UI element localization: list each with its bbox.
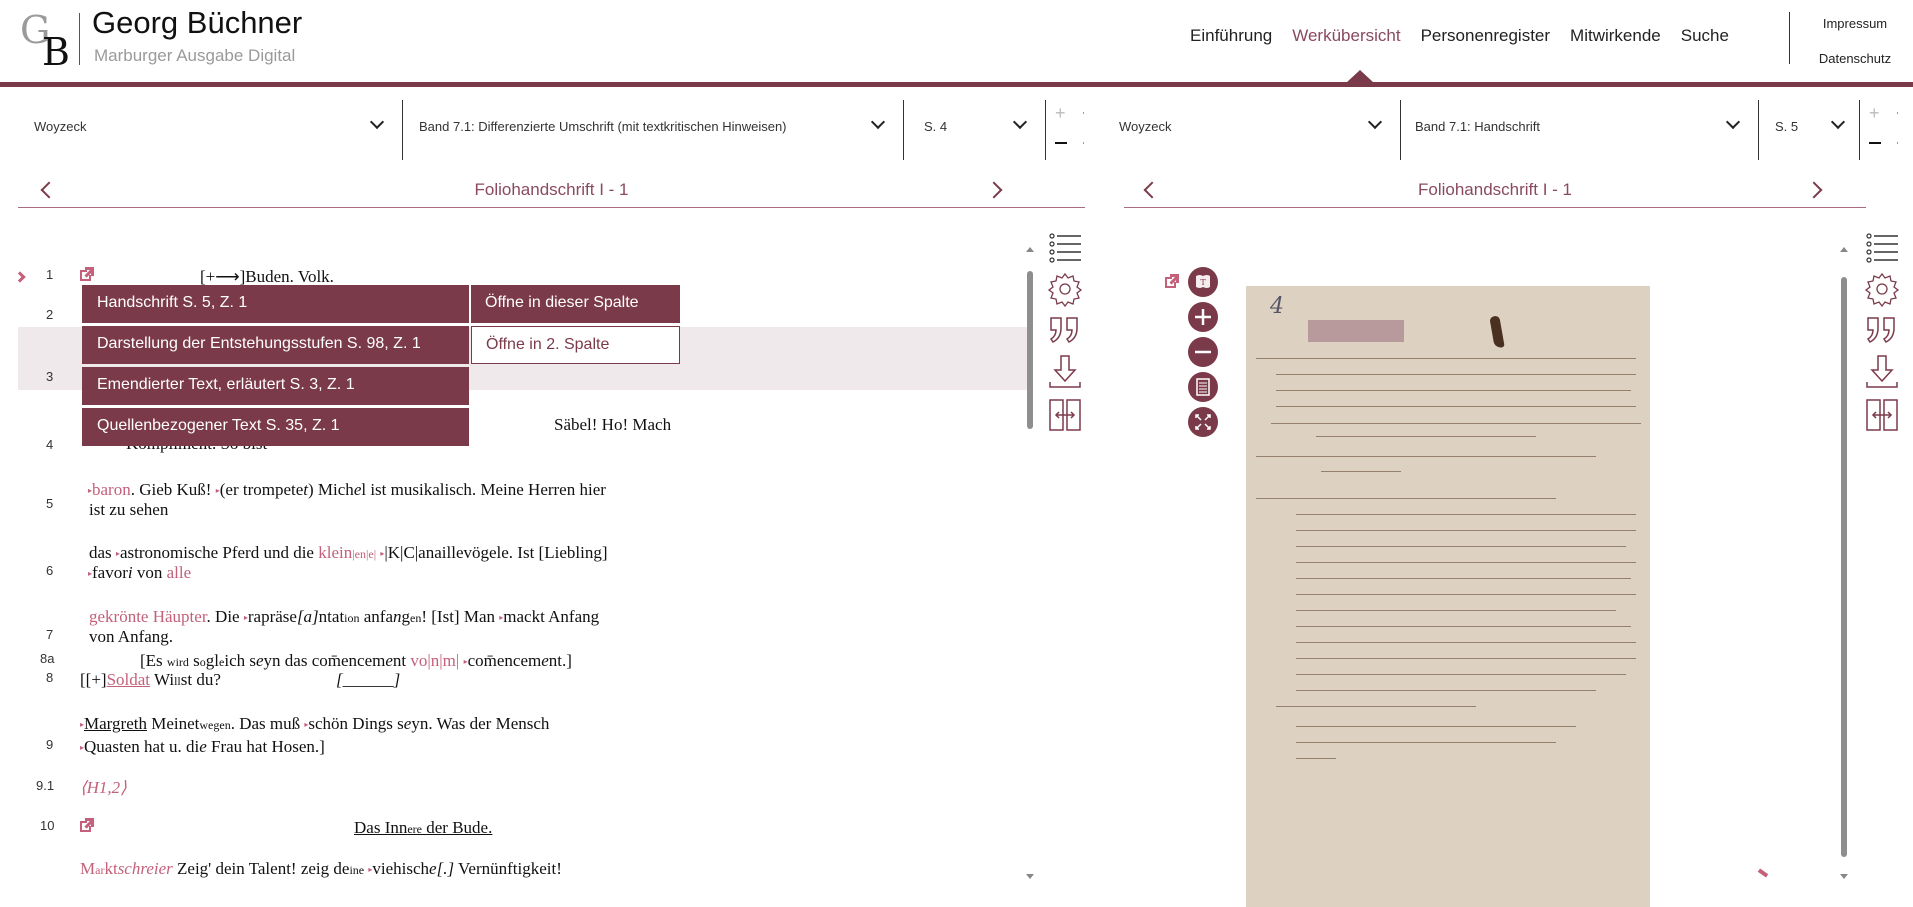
nav-datenschutz[interactable]: Datenschutz [1800,51,1910,86]
line-text: Säbel! Ho! Mach [554,415,671,435]
right-folio-title: Foliohandschrift I - 1 [1124,180,1866,200]
overview-map-button[interactable]: T [1188,267,1218,297]
divider [402,100,403,160]
settings-button[interactable] [1047,271,1083,307]
site-header: G B Georg Büchner Marburger Ausgabe Digi… [0,0,1913,83]
line-number: 10 [40,818,70,833]
open-in-second-column-button[interactable]: Öffne in 2. Spalte [471,326,680,364]
page-view-button[interactable] [1188,372,1218,402]
gear-icon [1864,271,1900,307]
line-text: ▸favori von alle [88,563,191,583]
folio-mark: 4 [1270,294,1284,319]
scroll-up-arrow[interactable] [1840,247,1848,252]
divider [903,100,904,160]
ink-blot [1489,315,1504,348]
line-number: 6 [46,563,76,578]
zoom-out-button[interactable] [1188,337,1218,367]
cite-button[interactable] [1864,313,1900,349]
logo[interactable]: G B [20,10,76,66]
menu-item-emendierter-text[interactable]: Emendierter Text, erläutert S. 3, Z. 1 [82,367,469,405]
menu-item-handschrift[interactable]: Handschrift S. 5, Z. 1 [82,285,469,323]
nav-werkuebersicht[interactable]: Werkübersicht [1292,26,1400,46]
left-work-select-value: Woyzeck [34,119,87,134]
chevron-down-icon [1368,115,1382,129]
left-work-select[interactable]: Woyzeck [20,87,390,164]
font-increase-button[interactable]: + [1055,103,1066,124]
menu-item-entstehungsstufen[interactable]: Darstellung der Entstehungsstufen S. 98,… [82,326,469,364]
fullscreen-icon [1188,407,1218,437]
quote-icon [1864,313,1900,349]
line-text: [______] [336,670,400,690]
fullscreen-button[interactable] [1188,407,1218,437]
chevron-down-icon [1831,115,1845,129]
left-selector-row: Woyzeck Band 7.1: Differenzierte Umschri… [0,87,1085,164]
chevron-down-icon [1013,115,1027,129]
left-folio-title: Foliohandschrift I - 1 [18,180,1085,200]
right-font-size-control: + [1859,100,1899,160]
zoom-out-icon [1188,337,1218,367]
line-text: gekrönte Häupter. Die ▸rapräse[a]ntation… [89,607,599,627]
svg-text:T: T [1200,278,1206,287]
divider [1897,112,1898,114]
line-text: ⟨H1,2⟩ [80,778,127,798]
line-text: ist zu sehen [89,500,168,520]
chevron-down-icon [370,115,384,129]
font-decrease-button[interactable] [1869,142,1881,144]
nav-impressum[interactable]: Impressum [1800,16,1910,51]
cite-button[interactable] [1047,313,1083,349]
line-text: ▸baron. Gieb Kuß! ▸(er trompetet) Michel… [88,480,606,500]
download-icon [1047,354,1083,390]
line-number: 3 [46,369,76,384]
zoom-in-button[interactable] [1188,302,1218,332]
divider [1083,142,1084,144]
scroll-down-arrow[interactable] [1840,874,1848,879]
line-number: 8 [46,670,76,685]
toc-button[interactable] [1047,231,1083,267]
line-number: 5 [46,496,76,511]
external-link-icon[interactable] [1165,274,1179,288]
line-number: 2 [46,307,76,322]
right-page-select[interactable]: S. 5 [1761,87,1861,164]
line-number: 4 [46,437,76,452]
line-number: 1 [46,267,76,282]
nav-mitwirkende[interactable]: Mitwirkende [1570,26,1661,46]
divider [1897,142,1898,144]
font-increase-button[interactable]: + [1869,103,1880,124]
right-selector-row: Woyzeck Band 7.1: Handschrift S. 5 + [1105,87,1913,164]
right-work-select[interactable]: Woyzeck [1105,87,1390,164]
site-title[interactable]: Georg Büchner [92,5,302,41]
split-view-button[interactable] [1047,397,1083,433]
download-icon [1864,354,1900,390]
list-icon [1047,231,1083,267]
right-work-select-value: Woyzeck [1119,119,1172,134]
toc-button[interactable] [1864,231,1900,267]
left-font-size-control: + [1045,100,1085,160]
line-text: ▸Quasten hat u. die Frau hat Hosen.] [80,737,325,757]
left-volume-select-value: Band 7.1: Differenzierte Umschrift (mit … [419,119,787,134]
map-icon: T [1188,267,1218,297]
scroll-down-arrow[interactable] [1026,874,1034,879]
left-volume-select[interactable]: Band 7.1: Differenzierte Umschrift (mit … [405,87,895,164]
divider [1758,100,1759,160]
quote-icon [1047,313,1083,349]
line-text: Marktschreier Zeig' dein Talent! zeig de… [80,859,562,879]
current-line-marker-icon [18,271,26,282]
line-number: 8a [40,651,70,666]
highlighted-region [1308,320,1404,342]
line-text: [Es wird sogleich seyn das com̄encement … [140,651,572,671]
gear-icon [1047,271,1083,307]
download-button[interactable] [1864,354,1900,390]
scroll-thumb[interactable] [1841,277,1847,857]
external-link-icon[interactable] [80,818,94,832]
logo-letter-b: B [42,30,70,74]
main-nav: Einführung Werkübersicht Personenregiste… [1190,26,1749,46]
right-folio-bar: Foliohandschrift I - 1 [1124,172,1866,208]
line-number: 9 [46,737,76,752]
line-text: [+⟶]Buden. Volk. [200,267,334,287]
manuscript-image[interactable]: 4 [1246,286,1650,907]
line-text: [[+]Soldat Willst du? [80,670,221,690]
split-view-button[interactable] [1864,397,1900,433]
download-button[interactable] [1047,354,1083,390]
open-in-this-column-button[interactable]: Öffne in dieser Spalte [471,285,680,323]
external-link-icon[interactable] [80,267,94,281]
scroll-thumb[interactable] [1027,271,1033,429]
left-page-select-value: S. 4 [924,119,947,134]
divider [1083,112,1084,114]
right-volume-select[interactable]: Band 7.1: Handschrift [1401,87,1746,164]
line-text: ▸Margreth Meinetwegen. Das muß ▸schön Di… [80,714,549,734]
line-number: 7 [46,627,76,642]
list-icon [1864,231,1900,267]
settings-button[interactable] [1864,271,1900,307]
line-text: das ▸astronomische Pferd und die klein|e… [89,543,607,563]
font-decrease-button[interactable] [1055,142,1067,144]
nav-divider [1789,12,1790,64]
right-page-select-value: S. 5 [1775,119,1798,134]
right-scrollbar[interactable] [1840,247,1848,879]
menu-item-quellenbezogener-text[interactable]: Quellenbezogener Text S. 35, Z. 1 [82,408,469,446]
split-columns-icon [1047,397,1083,433]
line-number: 9.1 [36,778,66,793]
nav-suche[interactable]: Suche [1681,26,1729,46]
left-folio-bar: Foliohandschrift I - 1 [18,172,1085,208]
nav-side-links: Impressum Datenschutz [1800,16,1910,86]
left-scrollbar[interactable] [1026,247,1034,879]
zoom-in-icon [1188,302,1218,332]
page-icon [1188,372,1218,402]
nav-personenregister[interactable]: Personenregister [1421,26,1550,46]
active-nav-indicator [1346,70,1374,83]
nav-einfuehrung[interactable]: Einführung [1190,26,1272,46]
logo-divider [79,13,80,65]
chevron-down-icon [1726,115,1740,129]
scroll-up-arrow[interactable] [1026,247,1034,252]
chevron-down-icon [871,115,885,129]
split-columns-icon [1864,397,1900,433]
right-volume-select-value: Band 7.1: Handschrift [1415,119,1540,134]
line-text: Das Innere der Bude. [354,818,492,838]
line-text: von Anfang. [89,627,173,647]
left-page-select[interactable]: S. 4 [910,87,1032,164]
site-subtitle: Marburger Ausgabe Digital [94,46,295,66]
